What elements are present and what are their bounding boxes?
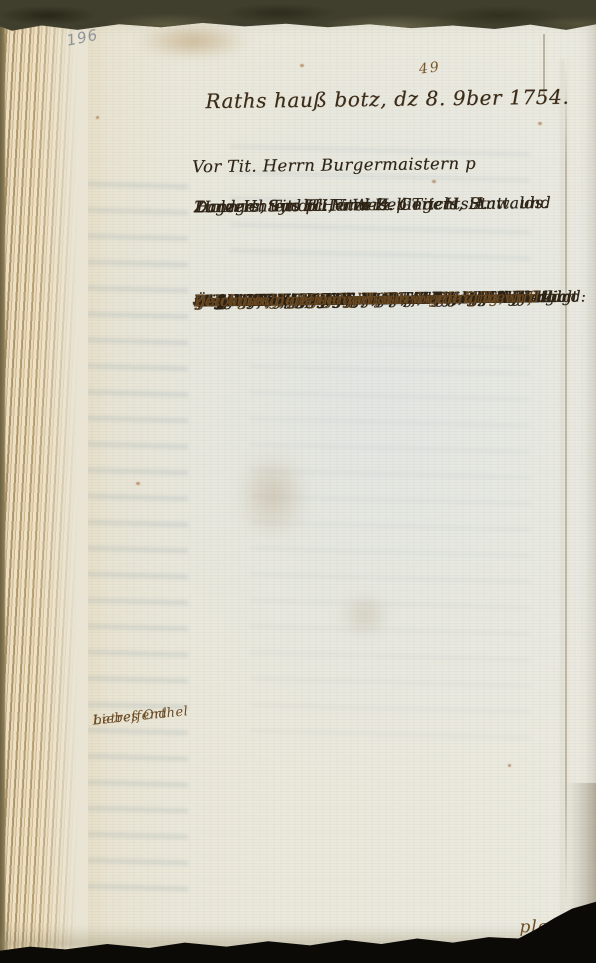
dateline-heading: Raths hauß botz, dz 8. 9ber 1754.	[205, 84, 585, 113]
ink-text: getragen, an Hand gehörden gebracht wird	[195, 288, 540, 312]
attendee-list: Zugegen Tit. Hl. V. Welz p Tit. H. Statt…	[195, 191, 575, 196]
date-annotation: 49	[418, 59, 442, 77]
salutation-line: Vor Tit. Herrn Burgermaistern p	[192, 154, 476, 176]
margin-note-line: betreffend	[93, 705, 169, 730]
manuscript-photo: 196 49 Raths hauß botz, dz 8. 9ber 1754.…	[0, 0, 596, 963]
attendee-line: Dann H. Syndici, und H. Gerichts Anwalds…	[195, 191, 549, 219]
handwriting-layer: 196 49 Raths hauß botz, dz 8. 9ber 1754.…	[0, 0, 596, 963]
body-text: Über den unlängst anhero eingekommenydig…	[195, 288, 581, 293]
